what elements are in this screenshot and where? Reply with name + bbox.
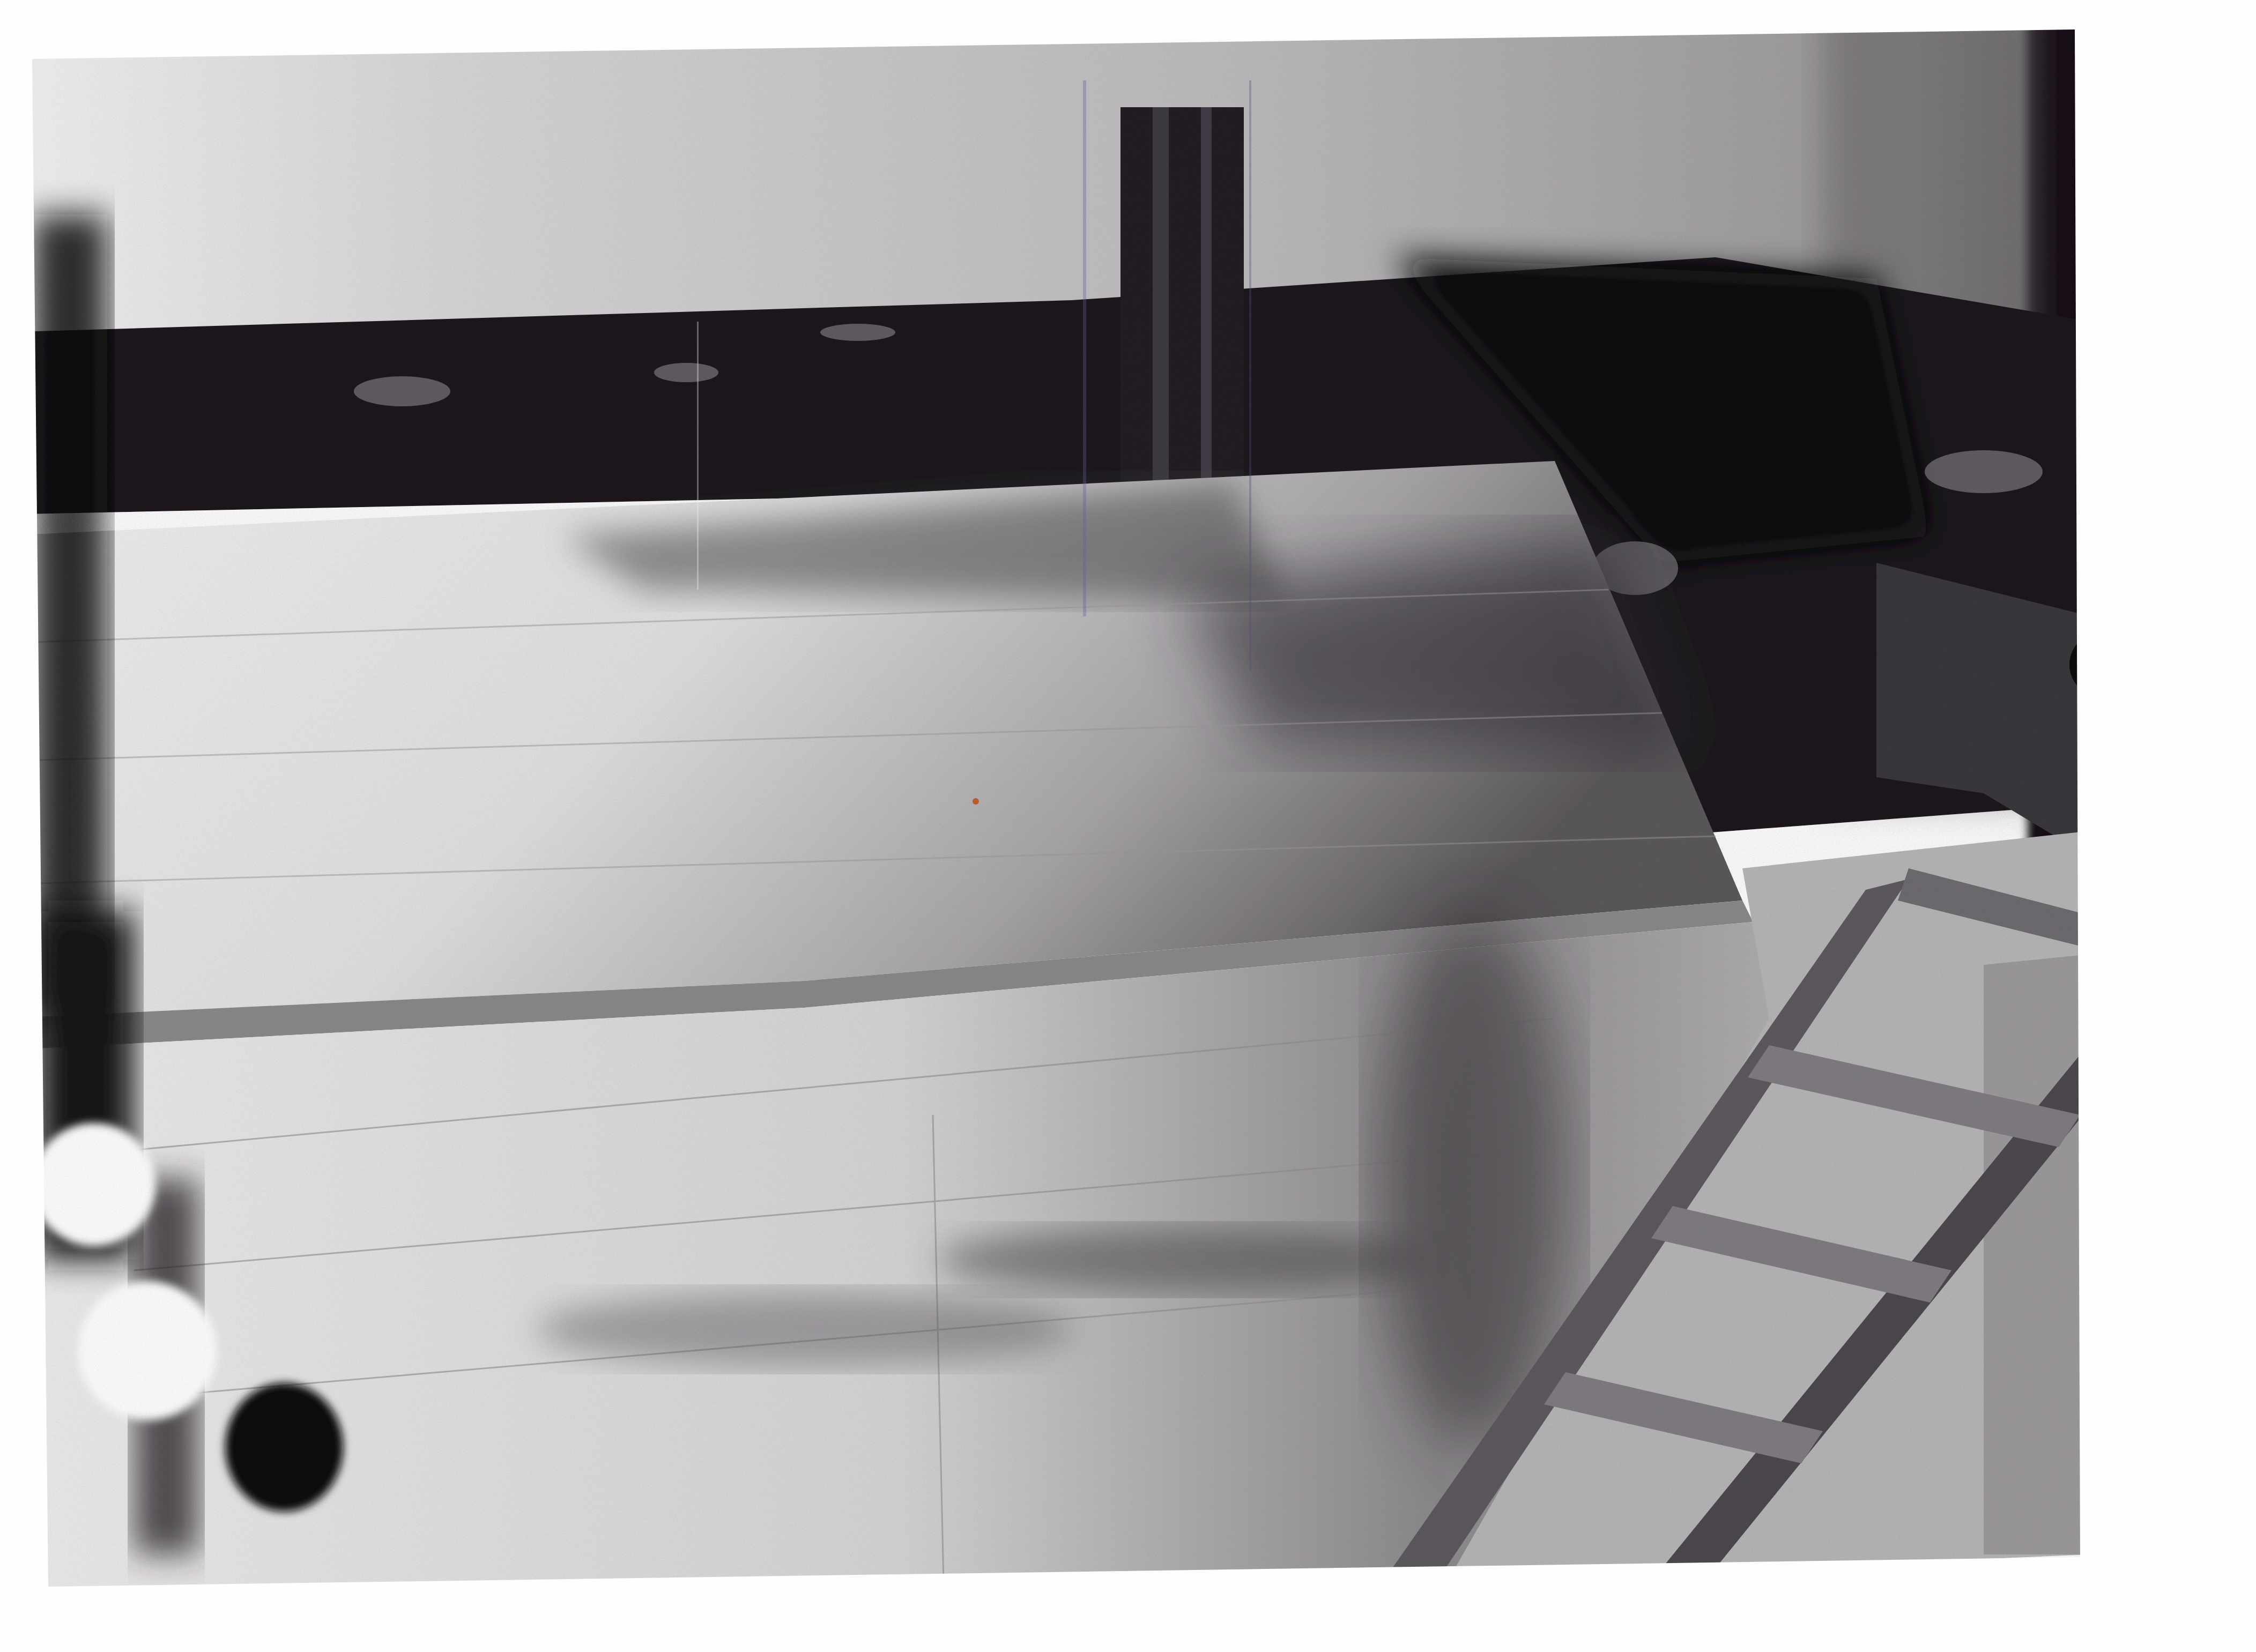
photo-frame: Interior of a dim attic/loft: light wood… [0,0,2256,1652]
photograph [0,0,2256,1652]
